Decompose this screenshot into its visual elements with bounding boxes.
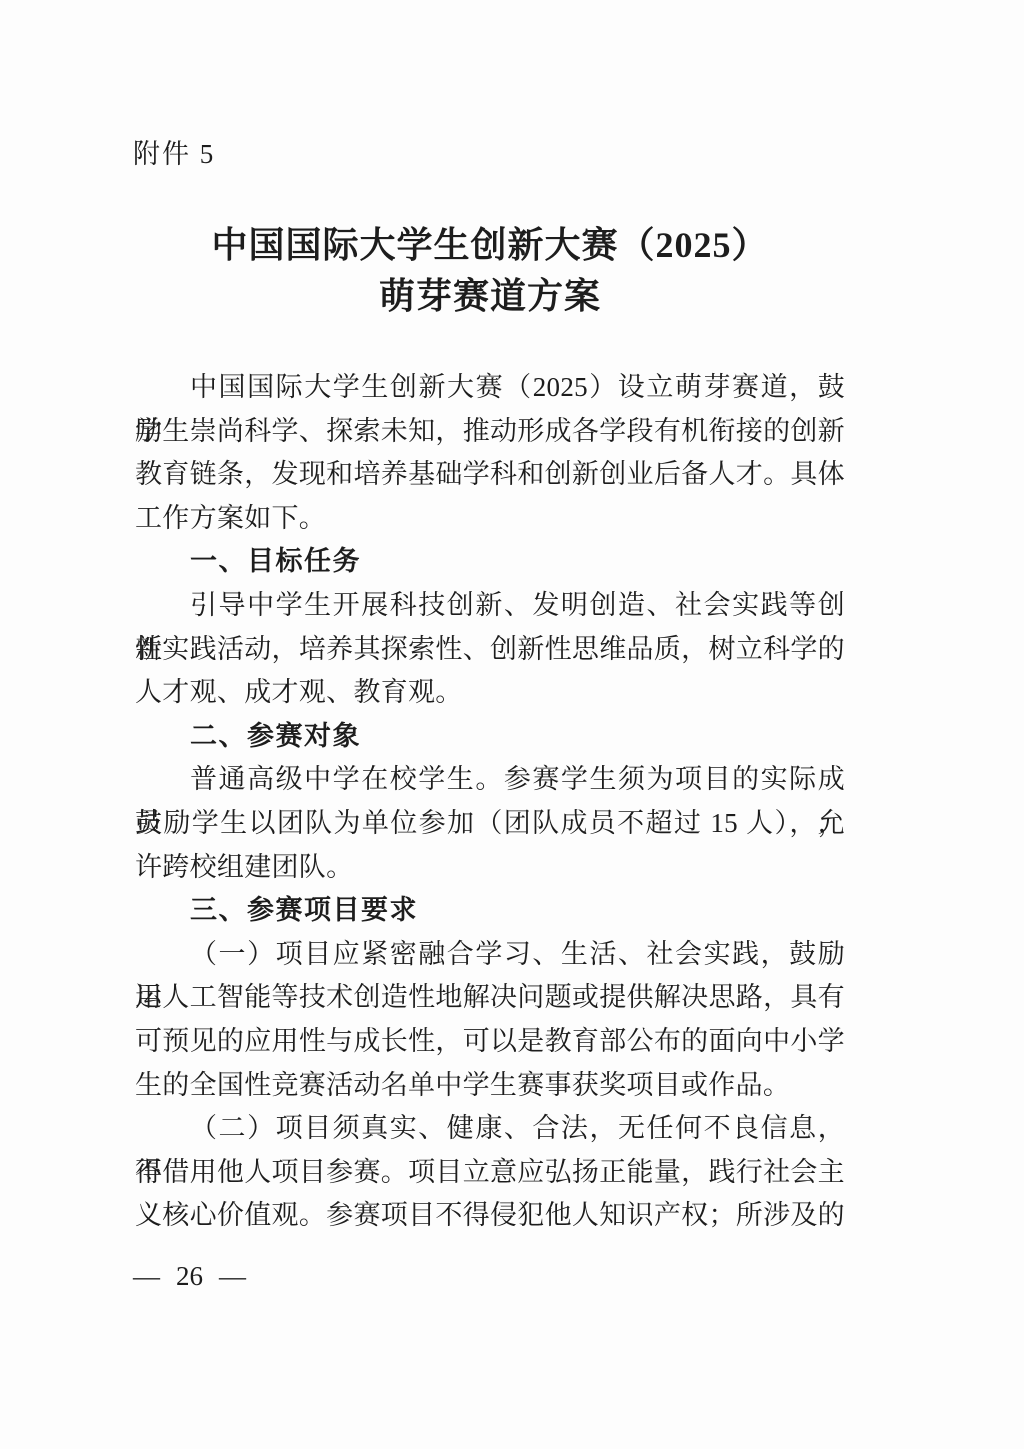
text-line: 教育链条，发现和培养基础学科和创新创业后备人才。具体 bbox=[135, 453, 845, 497]
text-line: （二）项目须真实、健康、合法，无任何不良信息，不 bbox=[135, 1107, 845, 1151]
text-line: 生的全国性竞赛活动名单中学生赛事获奖项目或作品。 bbox=[135, 1064, 845, 1108]
text-line: 得借用他人项目参赛。项目立意应弘扬正能量，践行社会主 bbox=[135, 1151, 845, 1195]
section-heading: 一、目标任务 bbox=[135, 540, 845, 584]
text-line: 鼓励学生以团队为单位参加（团队成员不超过 15 人），允 bbox=[135, 802, 845, 846]
page-number: 26 bbox=[176, 1259, 203, 1293]
footer-left-dash: — bbox=[133, 1259, 160, 1293]
attachment-label: 附件 5 bbox=[133, 137, 215, 171]
title-line-1: 中国国际大学生创新大赛（2025） bbox=[135, 220, 845, 271]
text-line: 人才观、成才观、教育观。 bbox=[135, 671, 845, 715]
text-line: 普通高级中学在校学生。参赛学生须为项目的实际成员， bbox=[135, 758, 845, 802]
paragraph: 中国国际大学生创新大赛（2025）设立萌芽赛道，鼓励学生崇尚科学、探索未知，推动… bbox=[135, 366, 845, 540]
text-line: 工作方案如下。 bbox=[135, 497, 845, 541]
paragraph: 引导中学生开展科技创新、发明创造、社会实践等创新性实践活动，培养其探索性、创新性… bbox=[135, 584, 845, 715]
text-line: 可预见的应用性与成长性，可以是教育部公布的面向中小学 bbox=[135, 1020, 845, 1064]
text-line: 许跨校组建团队。 bbox=[135, 846, 845, 890]
paragraph: 普通高级中学在校学生。参赛学生须为项目的实际成员，鼓励学生以团队为单位参加（团队… bbox=[135, 758, 845, 889]
text-line: 义核心价值观。参赛项目不得侵犯他人知识产权；所涉及的 bbox=[135, 1194, 845, 1238]
text-line: 中国国际大学生创新大赛（2025）设立萌芽赛道，鼓励 bbox=[135, 366, 845, 410]
document-page: 附件 5 中国国际大学生创新大赛（2025） 萌芽赛道方案 中国国际大学生创新大… bbox=[0, 0, 1024, 1449]
text-line: 性实践活动，培养其探索性、创新性思维品质，树立科学的 bbox=[135, 628, 845, 672]
section-heading: 三、参赛项目要求 bbox=[135, 889, 845, 933]
document-body: 中国国际大学生创新大赛（2025）设立萌芽赛道，鼓励学生崇尚科学、探索未知，推动… bbox=[135, 366, 845, 1238]
paragraph: （一）项目应紧密融合学习、生活、社会实践，鼓励运用人工智能等技术创造性地解决问题… bbox=[135, 933, 845, 1107]
text-line: （一）项目应紧密融合学习、生活、社会实践，鼓励运 bbox=[135, 933, 845, 977]
page-footer: —26— bbox=[133, 1259, 246, 1293]
paragraph: （二）项目须真实、健康、合法，无任何不良信息，不得借用他人项目参赛。项目立意应弘… bbox=[135, 1107, 845, 1238]
document-title: 中国国际大学生创新大赛（2025） 萌芽赛道方案 bbox=[135, 220, 845, 322]
title-line-2: 萌芽赛道方案 bbox=[135, 271, 845, 322]
footer-right-dash: — bbox=[219, 1259, 246, 1293]
section-heading: 二、参赛对象 bbox=[135, 715, 845, 759]
text-line: 引导中学生开展科技创新、发明创造、社会实践等创新 bbox=[135, 584, 845, 628]
text-line: 学生崇尚科学、探索未知，推动形成各学段有机衔接的创新 bbox=[135, 410, 845, 454]
text-line: 用人工智能等技术创造性地解决问题或提供解决思路，具有 bbox=[135, 976, 845, 1020]
